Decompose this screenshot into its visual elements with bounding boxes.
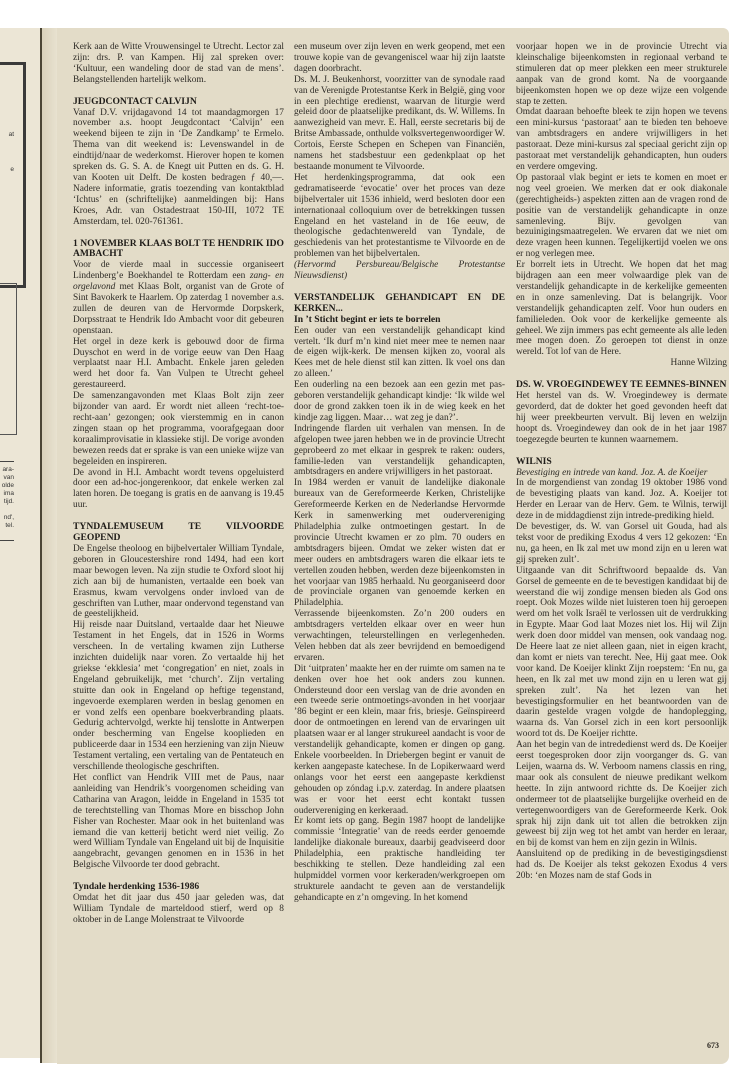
paragraph: De Engelse theoloog en bijbelvertaler Wi… — [73, 544, 284, 620]
column-1: Kerk aan de Witte Vrouwensingel te Utrec… — [73, 42, 284, 926]
article-subheading: In ’t Sticht begint er iets te borrelen — [294, 315, 505, 326]
paragraph: Verrassende bijeenkomsten. Zo’n 200 oude… — [294, 609, 505, 664]
magazine-page: Kerk aan de Witte Vrouwensingel te Utrec… — [57, 28, 729, 1064]
adjacent-page-fragment: e — [0, 166, 14, 174]
paragraph: Een ouderling na een bezoek aan een gezi… — [294, 380, 505, 424]
article-subheading: Tyndale herdenking 1536-1986 — [73, 882, 284, 893]
adjacent-page-edge: at e ara- van olde ima tijd. nd', tel. — [0, 28, 40, 1058]
adjacent-page-fragment: tijd. — [0, 498, 14, 506]
column-3: voorjaar hopen we in de provincie Utrech… — [516, 42, 727, 882]
paragraph: Omdat daaraan behoefte bleek te zijn hop… — [516, 107, 727, 172]
paragraph: Een ouder van een verstandelijk gehandic… — [294, 326, 505, 381]
author-signature: Hanne Wilzing — [516, 358, 727, 369]
adjacent-page-fragment: at — [0, 131, 14, 139]
paragraph: Indringende flarden uit verhalen van men… — [294, 424, 505, 479]
paragraph: een museum over zijn leven en werk geope… — [294, 42, 505, 75]
paragraph: Aansluitend op de prediking in de bevest… — [516, 849, 727, 882]
paragraph: Ds. M. J. Beukenhorst, voorzitter van de… — [294, 75, 505, 173]
paragraph: Het conflict van Hendrik VIII met de Pau… — [73, 773, 284, 871]
adjacent-page-box — [0, 283, 17, 435]
paragraph: Er borrelt iets in Utrecht. We hopen dat… — [516, 260, 727, 358]
paragraph: Op pastoraal vlak begint er iets te kome… — [516, 173, 727, 260]
paragraph: Uitgaande van dit Schriftwoord bepaalde … — [516, 566, 727, 741]
page-gutter — [42, 28, 57, 1063]
adjacent-page-rule — [0, 461, 14, 462]
article-heading: 1 NOVEMBER KLAAS BOLT TE HENDRIK IDO AMB… — [73, 239, 284, 261]
page-number: 673 — [707, 1041, 719, 1050]
adjacent-page-rule — [0, 540, 14, 541]
article-heading: WILNIS — [516, 457, 727, 468]
column-2: een museum over zijn leven en werk geope… — [294, 42, 505, 904]
article-heading: JEUGDCONTACT CALVIJN — [73, 97, 284, 108]
adjacent-page-fragment: tel. — [0, 522, 14, 530]
paragraph: Het orgel in deze kerk is gebouwd door d… — [73, 337, 284, 392]
paragraph: Het herstel van ds. W. Vroegindewey is d… — [516, 391, 727, 446]
paragraph: Er komt iets op gang. Begin 1987 hoopt d… — [294, 816, 505, 903]
paragraph: De bevestiger, ds. W. van Gorsel uit Gou… — [516, 522, 727, 566]
paragraph: Omdat het dit jaar dus 450 jaar geleden … — [73, 893, 284, 926]
article-heading: VERSTANDELIJK GEHANDICAPT EN DE KERKEN..… — [294, 293, 505, 315]
article-heading: TYNDALEMUSEUM TE VILVOORDE GEOPEND — [73, 522, 284, 544]
paragraph: voorjaar hopen we in de provincie Utrech… — [516, 42, 727, 107]
article-heading: DS. W. VROEGINDEWEY TE EEMNES-BINNEN — [516, 380, 727, 391]
paragraph: Het herdenkingsprogramma, dat ook een ge… — [294, 173, 505, 260]
paragraph: Dit ‘uitpraten’ maakte her en der ruimte… — [294, 664, 505, 817]
paragraph: Hij reisde naar Duitsland, vertaalde daa… — [73, 620, 284, 773]
paragraph: De avond in H.I. Ambacht wordt tevens op… — [73, 468, 284, 512]
paragraph: In de morgendienst van zondag 19 oktober… — [516, 478, 727, 522]
paragraph: Kerk aan de Witte Vrouwensingel te Utrec… — [73, 42, 284, 86]
paragraph: Voor de vierde maal in successie organis… — [73, 260, 284, 336]
paragraph: Vanaf D.V. vrijdagavond 14 tot maandagmo… — [73, 108, 284, 228]
italic-line: (Hervormd Persbureau/Belgische Protestan… — [294, 260, 505, 282]
paragraph: In 1984 werden er vanuit de landelijke d… — [294, 478, 505, 609]
italic-line: Bevestiging en intrede van kand. Joz. A.… — [516, 468, 727, 479]
paragraph: De samenzangavonden met Klaas Bolt zijn … — [73, 391, 284, 467]
adjacent-page-box — [0, 62, 26, 288]
paragraph: Aan het begin van de intrededienst werd … — [516, 740, 727, 849]
